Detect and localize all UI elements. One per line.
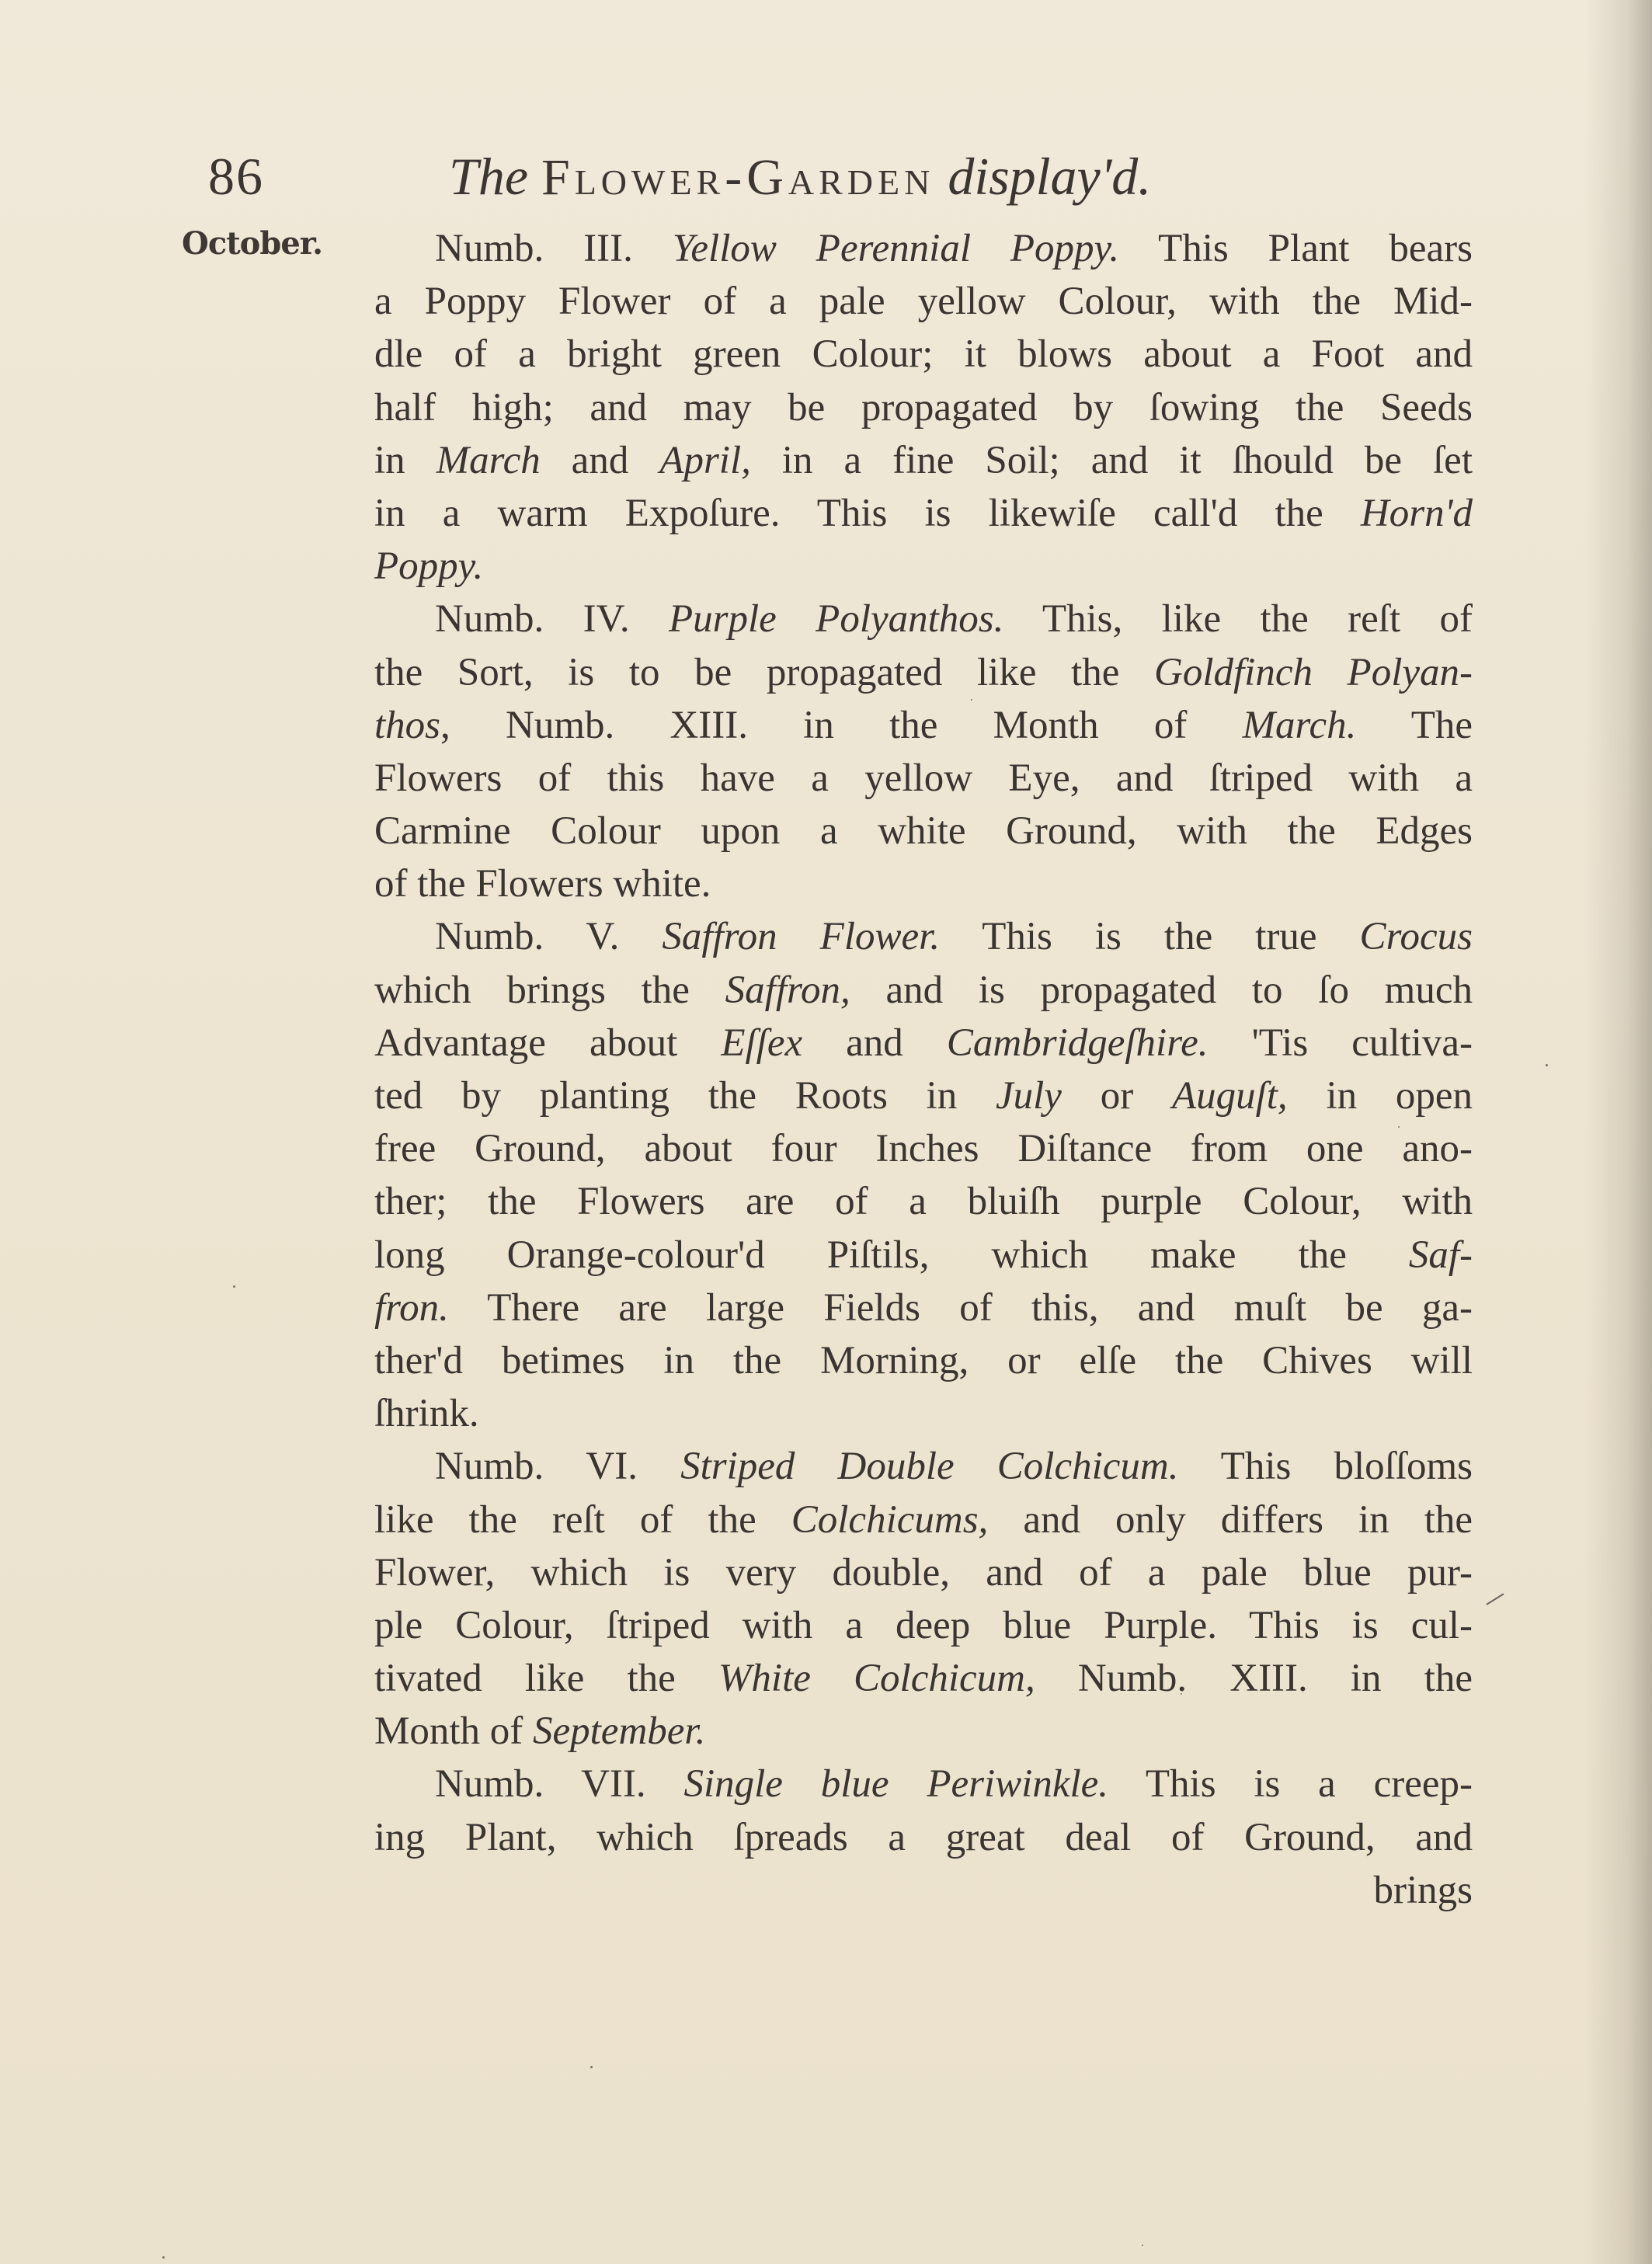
page-number: 86 <box>208 146 264 207</box>
title-main: Flower-Garden <box>541 149 934 206</box>
text-run: Advantage about <box>374 1021 721 1065</box>
text-run: Carmine Colour upon a white Ground, with… <box>374 809 1473 853</box>
text-run: Numb. VII. <box>435 1762 683 1806</box>
text-run: Numb. VI. <box>435 1445 680 1488</box>
text-line: a Poppy Flower of a pale yellow Colour, … <box>374 275 1473 328</box>
text-line: ther'd betimes in the Morning, or elſe t… <box>374 1334 1473 1387</box>
text-run: in a fine Soil; and it ſhould be ſet <box>751 439 1473 482</box>
text-line: Carmine Colour upon a white Ground, with… <box>374 805 1473 857</box>
title-prefix: The <box>449 147 528 206</box>
text-run: and <box>541 439 660 482</box>
paper-speck <box>590 2066 593 2068</box>
text-run: or <box>1062 1074 1172 1118</box>
text-run: Numb. V. <box>435 915 662 958</box>
italic-term: Horn'd <box>1361 492 1473 535</box>
paper-speck <box>162 2256 165 2259</box>
text-run: ple Colour, ſtriped with a deep blue Pur… <box>374 1604 1473 1647</box>
text-line: Advantage about Eſſex and Cambridgeſhire… <box>374 1017 1473 1069</box>
paragraph-first-line: Numb. V. Saffron Flower. This is the tru… <box>374 910 1473 963</box>
text-line: Flower, which is very double, and of a p… <box>374 1546 1473 1599</box>
text-run: ſhrink. <box>374 1392 479 1435</box>
text-run: ted by planting the Roots in <box>374 1074 996 1118</box>
text-run: and <box>802 1021 947 1065</box>
text-line: of the Flowers white. <box>374 857 1473 910</box>
text-run: Month of <box>374 1709 533 1753</box>
italic-term: Saffron, <box>725 969 850 1012</box>
italic-term: July <box>996 1074 1062 1118</box>
text-run: of the Flowers white. <box>374 862 711 906</box>
text-run: Flowers of this have a yellow Eye, and ſ… <box>374 756 1473 800</box>
text-line: Month of September. <box>374 1705 1473 1758</box>
paper-speck <box>1142 2245 1143 2246</box>
italic-term: Eſſex <box>721 1021 802 1065</box>
text-run: ing Plant, which ſpreads a great deal of… <box>374 1816 1473 1859</box>
text-line: tivated like the White Colchicum, Numb. … <box>374 1652 1473 1705</box>
text-line: brings <box>374 1864 1473 1917</box>
text-run: Flower, which is very double, and of a p… <box>374 1551 1473 1595</box>
text-line: in March and April, in a fine Soil; and … <box>374 434 1473 487</box>
italic-term: thos <box>374 704 440 747</box>
text-run: like the reſt of the <box>374 1498 791 1542</box>
text-run: ther; the Flowers are of a bluiſh purple… <box>374 1180 1473 1223</box>
paper-speck <box>1546 1064 1548 1066</box>
text-run: the Sort, is to be propagated like the <box>374 651 1154 694</box>
text-run: brings <box>1374 1869 1473 1912</box>
text-line: Poppy. <box>374 540 1473 593</box>
title-suffix: display'd. <box>948 147 1151 206</box>
text-run: in a warm Expoſure. This is likewiſe cal… <box>374 492 1361 535</box>
paper-speck <box>1181 1693 1182 1695</box>
text-line: ted by planting the Roots in July or Aug… <box>374 1069 1473 1122</box>
text-run: long Orange-colour'd Piſtils, which make… <box>374 1233 1409 1277</box>
paragraph-first-line: Numb. III. Yellow Perennial Poppy. This … <box>374 222 1473 275</box>
text-run: 'Tis cultiva- <box>1209 1021 1473 1065</box>
paper-speck <box>971 699 972 701</box>
italic-term: Saffron Flower. <box>662 915 940 958</box>
italic-term: Purple Polyanthos. <box>669 597 1003 641</box>
paragraph-first-line: Numb. IV. Purple Polyanthos. This, like … <box>374 593 1473 645</box>
paper-speck <box>233 1285 235 1288</box>
text-run: There are large Fields of this, and muſt… <box>449 1286 1473 1330</box>
text-line: ſhrink. <box>374 1387 1473 1440</box>
body-text: Numb. III. Yellow Perennial Poppy. This … <box>374 222 1473 1917</box>
text-line: ther; the Flowers are of a bluiſh purple… <box>374 1175 1473 1228</box>
text-line: which brings the Saffron, and is propaga… <box>374 964 1473 1017</box>
text-run: Numb. IV. <box>435 597 669 641</box>
text-run: This, like the reſt of <box>1003 597 1473 641</box>
text-run: This is a creep- <box>1108 1762 1473 1806</box>
text-run: and only differs in the <box>988 1498 1473 1542</box>
italic-term: Cambridgeſhire. <box>947 1021 1209 1065</box>
text-run: Numb. XIII. in the <box>1035 1657 1473 1700</box>
margin-note-month: October. <box>182 225 322 262</box>
italic-term: Auguſt, <box>1172 1074 1288 1118</box>
text-line: like the reſt of the Colchicums, and onl… <box>374 1494 1473 1546</box>
paragraph-first-line: Numb. VI. Striped Double Colchicum. This… <box>374 1440 1473 1493</box>
text-line: long Orange-colour'd Piſtils, which make… <box>374 1229 1473 1282</box>
text-line: ple Colour, ſtriped with a deep blue Pur… <box>374 1599 1473 1652</box>
text-line: ing Plant, which ſpreads a great deal of… <box>374 1811 1473 1864</box>
text-line: dle of a bright green Colour; it blows a… <box>374 328 1473 381</box>
italic-term: Striped Double Colchicum. <box>680 1445 1178 1488</box>
text-line: Flowers of this have a yellow Eye, and ſ… <box>374 752 1473 805</box>
italic-term: April, <box>659 439 751 482</box>
text-line: half high; and may be propagated by ſowi… <box>374 381 1473 434</box>
text-run: , Numb. XIII. in the Month of <box>440 704 1243 747</box>
text-run: ther'd betimes in the Morning, or elſe t… <box>374 1339 1473 1382</box>
text-run: half high; and may be propagated by ſowi… <box>374 386 1473 429</box>
text-run: tivated like the <box>374 1657 718 1700</box>
italic-term: March <box>436 439 541 482</box>
text-run: in <box>374 439 436 482</box>
italic-term: Saf- <box>1409 1233 1473 1277</box>
text-run: This bloſſoms <box>1179 1445 1473 1488</box>
text-run: This is the true <box>940 915 1359 958</box>
text-run: The <box>1356 704 1473 747</box>
text-run: which brings the <box>374 969 725 1012</box>
paragraph-first-line: Numb. VII. Single blue Periwinkle. This … <box>374 1758 1473 1810</box>
text-line: in a warm Expoſure. This is likewiſe cal… <box>374 487 1473 540</box>
text-run: dle of a bright green Colour; it blows a… <box>374 332 1473 376</box>
text-run: This Plant bears <box>1119 227 1473 270</box>
text-line: free Ground, about four Inches Diſtance … <box>374 1122 1473 1175</box>
italic-term: Crocus <box>1360 915 1473 958</box>
italic-term: March. <box>1243 704 1357 747</box>
running-head: 86 The Flower-Garden display'd. <box>208 146 1482 208</box>
italic-term: Single blue Periwinkle. <box>683 1762 1108 1806</box>
text-run: free Ground, about four Inches Diſtance … <box>374 1127 1473 1170</box>
italic-term: Yellow Perennial Poppy. <box>673 227 1119 270</box>
italic-term: White Colchicum, <box>718 1657 1035 1700</box>
text-run: and is propagated to ſo much <box>850 969 1473 1012</box>
italic-term: Poppy. <box>374 544 483 588</box>
text-line: fron. There are large Fields of this, an… <box>374 1282 1473 1334</box>
italic-term: fron. <box>374 1286 449 1330</box>
text-line: thos, Numb. XIII. in the Month of March.… <box>374 699 1473 752</box>
italic-term: Goldfinch Polyan- <box>1154 651 1473 694</box>
text-line: the Sort, is to be propagated like the G… <box>374 646 1473 699</box>
text-run: a Poppy Flower of a pale yellow Colour, … <box>374 280 1473 323</box>
text-run: in open <box>1288 1074 1473 1118</box>
italic-term: Colchicums, <box>791 1498 989 1542</box>
paper-speck <box>1398 1126 1400 1128</box>
italic-term: September. <box>533 1709 705 1753</box>
text-run: Numb. III. <box>435 227 673 270</box>
page-title: The Flower-Garden display'd. <box>449 146 1151 207</box>
